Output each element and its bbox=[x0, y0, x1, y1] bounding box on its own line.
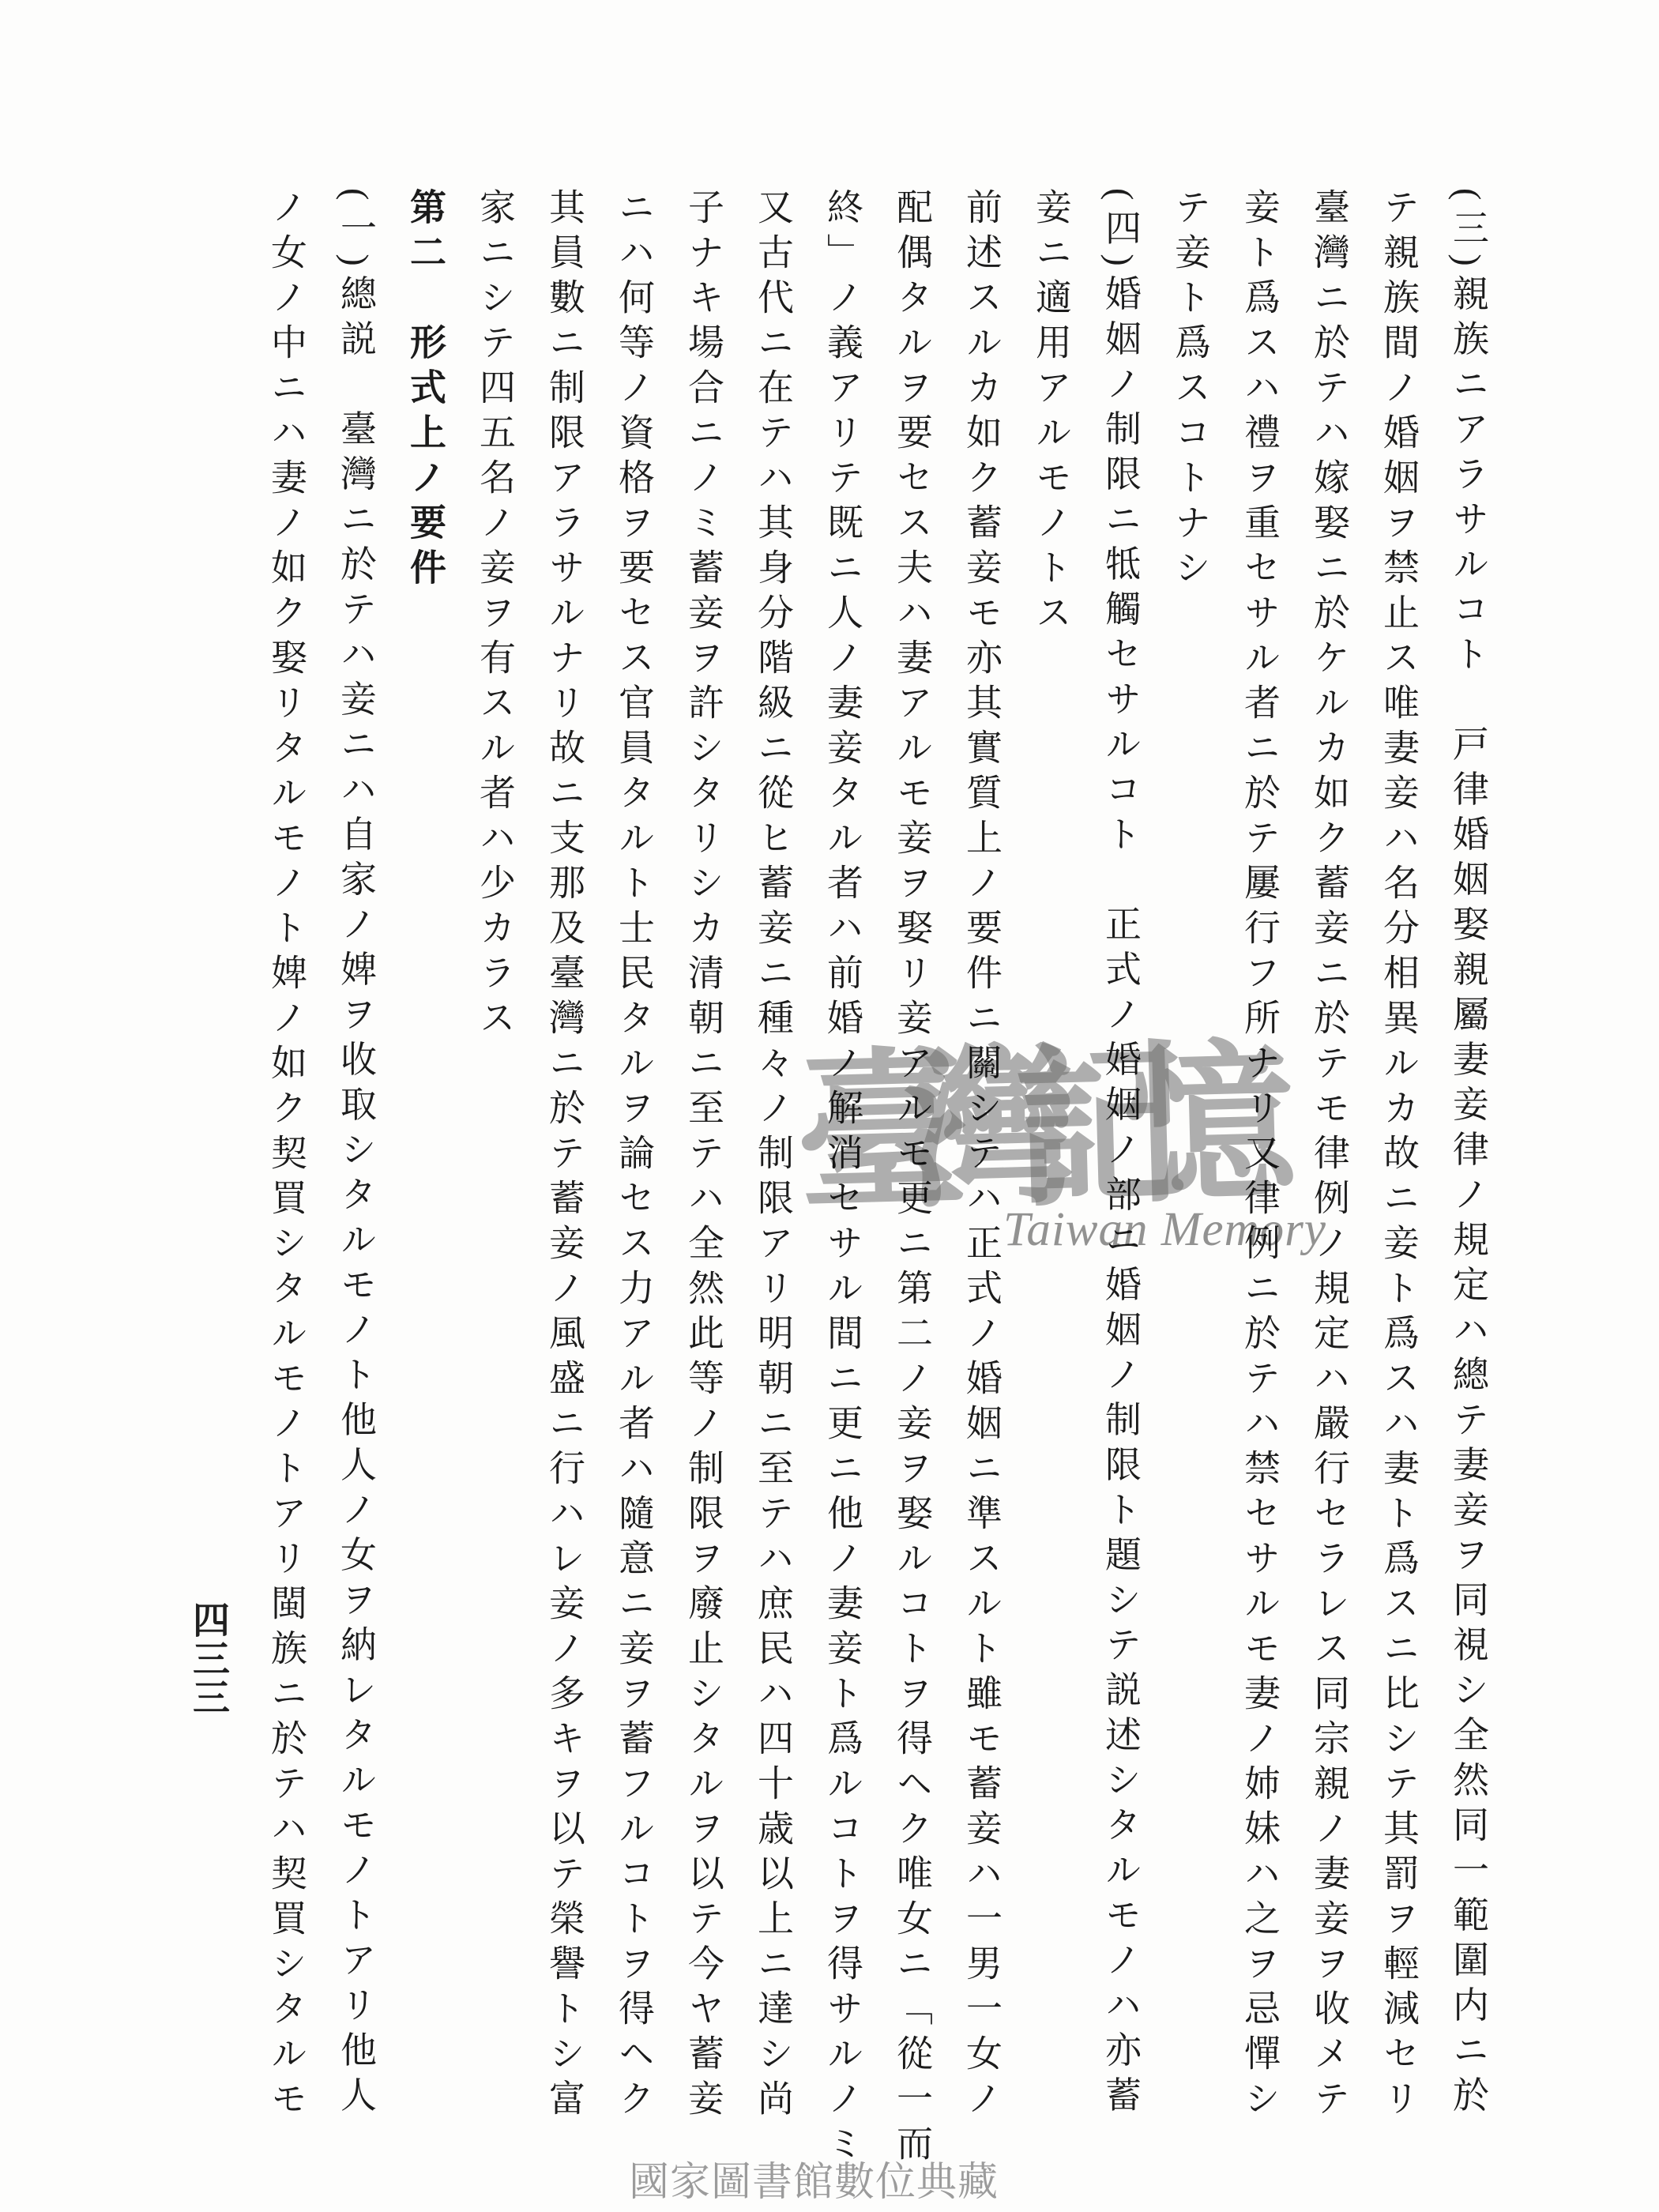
text-column: ノ女ノ中ニハ妻ノ如ク娶リタルモノト婢ノ如ク契買シタルモノトアリ閩族ニ於テハ契買シ… bbox=[251, 188, 321, 2195]
watermark-latin: Taiwan Memory bbox=[1003, 1202, 1326, 1258]
text-column: 又古代ニ在テハ其身分階級ニ從ヒ蓄妾ニ種々ノ制限アリ明朝ニ至テハ庶民ハ四十歳以上ニ… bbox=[738, 188, 807, 2195]
text-column: (一)總説 臺灣ニ於テハ妾ニハ自家ノ婢ヲ收取シタルモノト他人ノ女ヲ納レタルモノト… bbox=[321, 188, 390, 2195]
text-column: 子ナキ場合ニノミ蓄妾ヲ許シタリシカ清朝ニ至テハ全然此等ノ制限ヲ廢止シタルヲ以テ今… bbox=[668, 188, 738, 2195]
text-column: 其員數ニ制限アラサルナリ故ニ支那及臺灣ニ於テ蓄妾ノ風盛ニ行ハレ妾ノ多キヲ以テ榮譽… bbox=[529, 188, 599, 2195]
text-column: ニハ何等ノ資格ヲ要セス官員タルト士民タルヲ論セス力アル者ハ隨意ニ妾ヲ蓄フルコトヲ… bbox=[599, 188, 668, 2195]
section-heading: 第二 形式上ノ要件 bbox=[390, 188, 460, 2195]
watermark-cjk: 臺灣記憶 bbox=[794, 1034, 1351, 1221]
text-column: 家ニシテ四五名ノ妾ヲ有スル者ハ少カラス bbox=[460, 188, 529, 2195]
archive-footer: 國家圖書館數位典藏 bbox=[629, 2149, 999, 2207]
text-column: (三)親族ニアラサルコト 戸律婚姻娶親屬妻妾律ノ規定ハ總テ妻妾ヲ同視シ全然同一範… bbox=[1433, 188, 1503, 2195]
text-column: テ親族間ノ婚姻ヲ禁止ス唯妻妾ハ名分相異ルカ故ニ妾ト爲スハ妻ト爲スニ比シテ其罰ヲ輕… bbox=[1364, 188, 1433, 2195]
page-number: 四三三 bbox=[182, 1601, 235, 1717]
document-page: (三)親族ニアラサルコト 戸律婚姻娶親屬妻妾律ノ規定ハ總テ妻妾ヲ同視シ全然同一範… bbox=[0, 0, 1659, 2212]
